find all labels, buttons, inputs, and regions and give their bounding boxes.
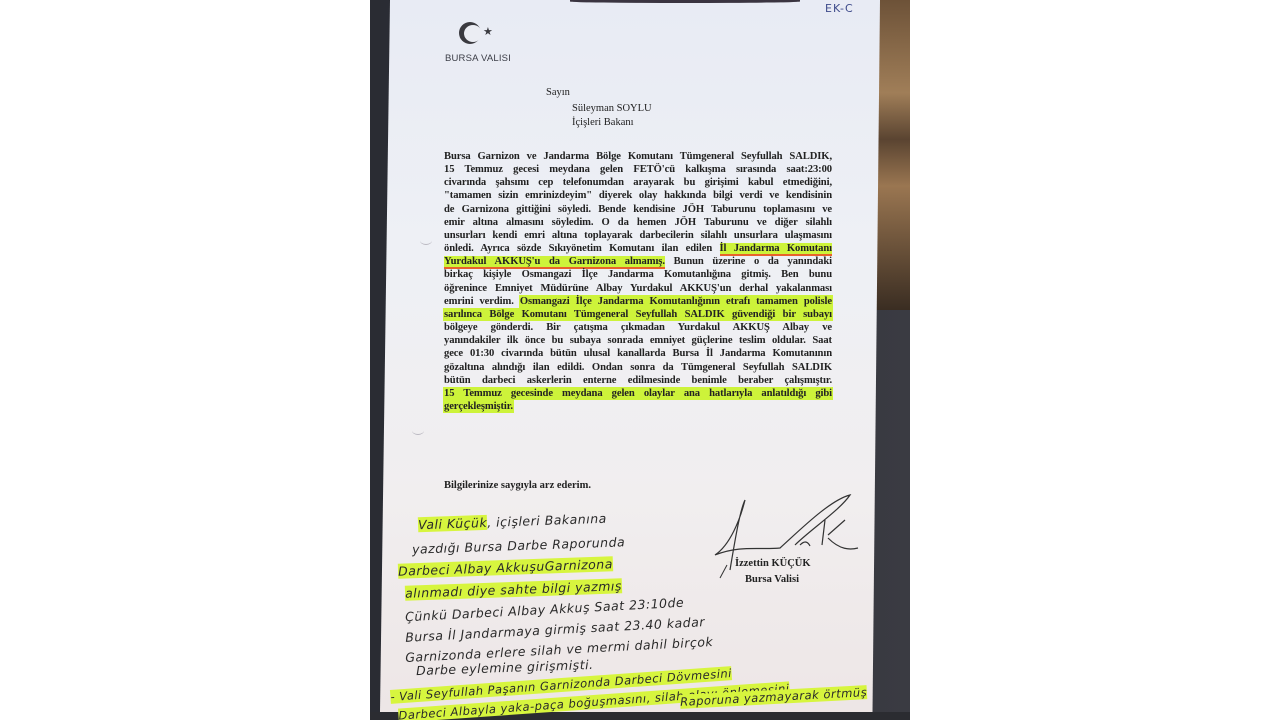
text-segment: gözaltına alındığı ilan edildi. Ondan so… bbox=[444, 362, 832, 373]
text-segment: gece 01:30 civarında bütün ulusal kanall… bbox=[444, 348, 832, 359]
body-line: "tamamen sizin emrinizdeyim" diyerek ola… bbox=[444, 189, 832, 202]
body-line: emrini verdim. Osmangazi İlçe Jandarma K… bbox=[444, 295, 832, 308]
body-line: bölgeye gönderdi. Bir çatışma çıkmadan Y… bbox=[444, 321, 832, 334]
signatory-title: Bursa Valisi bbox=[745, 574, 799, 585]
letterhead: ★ BURSA VALISI bbox=[443, 22, 513, 64]
body-line: Yurdakul AKKUŞ'u da Garnizona almamış. B… bbox=[444, 255, 832, 268]
body-line: bütün darbeci askerlerin enterne edilmes… bbox=[444, 374, 832, 387]
body-line: önledi. Ayrıca sözde Sıkıyönetim Komutan… bbox=[444, 242, 832, 255]
body-line: sarılınca Bölge Komutanı Tümgeneral Seyf… bbox=[444, 308, 832, 321]
body-line: civarında şahsımı cep telefonumdan araya… bbox=[444, 176, 832, 189]
body-line: emir altına almasını söyledim. O da heme… bbox=[444, 216, 832, 229]
text-segment: civarında şahsımı cep telefonumdan araya… bbox=[444, 177, 832, 188]
text-segment: 15 Temmuz gecesi meydana gelen FETÖ'cü k… bbox=[444, 164, 832, 175]
highlighted-text: İl Jandarma Komutanı bbox=[720, 243, 832, 256]
text-segment: bölgeye gönderdi. Bir çatışma çıkmadan Y… bbox=[444, 322, 832, 333]
crescent-star-icon: ★ bbox=[459, 22, 483, 46]
body-line: gözaltına alındığı ilan edildi. Ondan so… bbox=[444, 361, 832, 374]
text-segment: emir altına almasını söyledim. O da heme… bbox=[444, 217, 832, 228]
body-line: unsurları kendi emri altına toplayarak d… bbox=[444, 229, 832, 242]
recipient-title: İçişleri Bakanı bbox=[572, 117, 634, 128]
letter-body: Bursa Garnizon ve Jandarma Bölge Komutan… bbox=[444, 150, 832, 413]
body-line: Bursa Garnizon ve Jandarma Bölge Komutan… bbox=[444, 150, 832, 163]
body-line: yanındakiler ilk önce bu subaya sonrada … bbox=[444, 334, 832, 347]
highlighted-text: sarılınca Bölge Komutanı Tümgeneral Seyf… bbox=[444, 309, 832, 320]
body-line: öğrenince Emniyet Müdürüne Albay Yurdaku… bbox=[444, 282, 832, 295]
text-segment: emrini verdim. bbox=[444, 296, 520, 307]
text-segment: önledi. Ayrıca sözde Sıkıyönetim Komutan… bbox=[444, 243, 720, 254]
body-line: 15 Temmuz gecesinde meydana gelen olayla… bbox=[444, 387, 832, 400]
text-segment: yanındakiler ilk önce bu subaya sonrada … bbox=[444, 335, 832, 346]
punch-hole-mark bbox=[420, 236, 432, 245]
text-segment: bütün darbeci askerlerin enterne edilmes… bbox=[444, 375, 832, 386]
text-segment: Bunun üzerine o da yanındaki bbox=[665, 256, 832, 267]
recipient-name: Süleyman SOYLU bbox=[572, 103, 652, 114]
text-segment: unsurları kendi emri altına toplayarak d… bbox=[444, 230, 832, 241]
text-segment: "tamamen sizin emrinizdeyim" diyerek ola… bbox=[444, 190, 832, 201]
punch-hole-mark bbox=[412, 426, 424, 435]
highlighted-text: Yurdakul AKKUŞ'u da Garnizona almamış. bbox=[444, 256, 665, 269]
body-line: birkaç kişiyle Osmangazi İlçe Jandarma K… bbox=[444, 268, 832, 281]
highlighted-note: Vali Küçük bbox=[418, 515, 488, 532]
body-line: 15 Temmuz gecesi meydana gelen FETÖ'cü k… bbox=[444, 163, 832, 176]
text-segment: de Garnizona gittiğini söyledi. Bende ke… bbox=[444, 204, 832, 215]
highlighted-text: Osmangazi İlçe Jandarma Komutanlığının e… bbox=[520, 296, 832, 307]
top-shadow bbox=[570, 0, 800, 3]
highlighted-text: gerçekleşmiştir. bbox=[444, 401, 513, 412]
highlighted-text: 15 Temmuz gecesinde meydana gelen olayla… bbox=[444, 388, 832, 399]
text-segment: birkaç kişiyle Osmangazi İlçe Jandarma K… bbox=[444, 269, 832, 280]
body-line: de Garnizona gittiğini söyledi. Bende ke… bbox=[444, 203, 832, 216]
text-segment: Bursa Garnizon ve Jandarma Bölge Komutan… bbox=[444, 151, 832, 162]
salutation: Sayın bbox=[546, 87, 570, 98]
closing-line: Bilgilerinize saygıyla arz ederim. bbox=[444, 480, 591, 491]
text-segment: öğrenince Emniyet Müdürüne Albay Yurdaku… bbox=[444, 283, 832, 294]
letterhead-issuer: BURSA VALISI bbox=[443, 53, 513, 64]
body-line: gerçekleşmiştir. bbox=[444, 400, 832, 413]
corner-annotation: EK-C bbox=[825, 2, 854, 15]
body-line: gece 01:30 civarında bütün ulusal kanall… bbox=[444, 347, 832, 360]
signatory-name: İzzettin KÜÇÜK bbox=[735, 558, 811, 569]
wooden-background bbox=[876, 0, 910, 310]
